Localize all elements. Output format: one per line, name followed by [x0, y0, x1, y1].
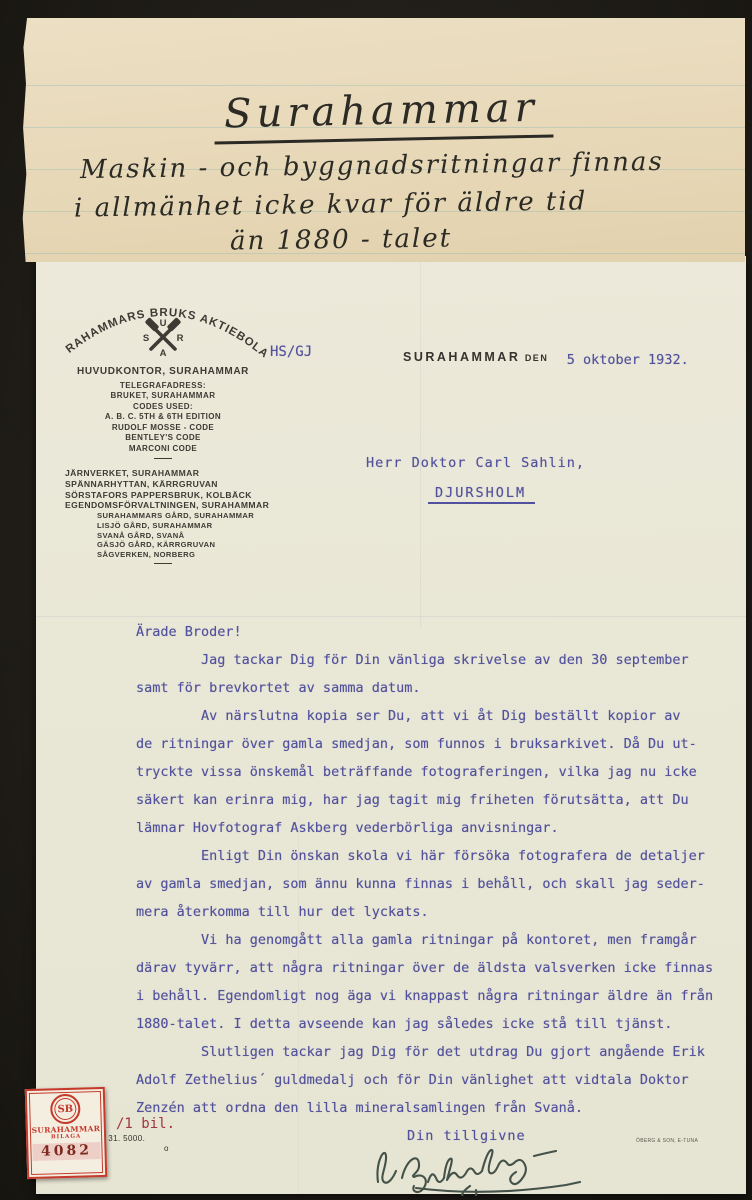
note-handwritten-line: i allmänhet icke kvar för äldre tid	[74, 186, 588, 223]
estate-line: SURAHAMMARS GÅRD, SURAHAMMAR	[97, 511, 254, 521]
estates-list: SURAHAMMARS GÅRD, SURAHAMMARLISJÖ GÅRD, …	[97, 511, 254, 560]
letter-body-line: Slutligen tackar jag Dig för det utdrag …	[136, 1038, 713, 1066]
division-line: JÄRNVERKET, SURAHAMMAR	[65, 468, 269, 479]
dateline: SURAHAMMAR DEN 5 oktober 1932.	[403, 348, 689, 366]
estate-line: GÄSJÖ GÅRD, KÄRRGRUVAN	[97, 540, 254, 550]
letter-body-line: tryckte vissa önskemål beträffande fotog…	[136, 758, 713, 786]
note-handwritten-line: Maskin - och byggnadsritningar finnas	[80, 147, 664, 185]
recipient-name: Herr Doktor Carl Sahlin,	[366, 455, 585, 471]
letter-body-line: de ritningar över gamla smedjan, som fun…	[136, 730, 713, 758]
division-line: EGENDOMSFÖRVALTNINGEN, SURAHAMMAR	[65, 500, 269, 511]
letter-body-line: Adolf Zethelius´ guldmedalj och för Din …	[136, 1066, 713, 1094]
telegraph-label: TELEGRAFADRESS:	[54, 381, 272, 390]
letter-paper: SURAHAMMARS BRUKS AKTIEBOLAG U S R A HUV…	[36, 256, 746, 1194]
head-office-line: HUVUDKONTOR, SURAHAMMAR	[54, 366, 272, 377]
note-title-wrap: Surahammar	[22, 80, 746, 148]
code-line: MARCONI CODE	[54, 444, 272, 454]
note-title: Surahammar	[214, 84, 554, 144]
division-line: SPÄNNARHYTTAN, KÄRRGRUVAN	[65, 479, 269, 490]
letter-body-line: därav tyvärr, att några ritningar över d…	[136, 954, 713, 982]
small-o-mark: o	[164, 1144, 168, 1153]
divisions-list: JÄRNVERKET, SURAHAMMARSPÄNNARHYTTAN, KÄR…	[65, 468, 269, 511]
logo-letter-a: A	[160, 348, 167, 358]
stamp-inner-border	[29, 1091, 103, 1175]
printer-imprint: ÖBERG & SON, E-TUNA	[636, 1138, 698, 1144]
letter-body-line: i behåll. Egendomligt nog äga vi knappas…	[136, 982, 713, 1010]
letter-body-line: Ärade Broder!	[136, 618, 713, 646]
letter-body-line: Av närslutna kopia ser Du, att vi åt Dig…	[136, 702, 713, 730]
letter-body: Ärade Broder! Jag tackar Dig för Din vän…	[136, 618, 713, 1122]
letter-body-line: lämnar Hovfotograf Askberg vederbörliga …	[136, 814, 713, 842]
note-handwritten-line: än 1880 - talet	[230, 223, 452, 256]
divider-dash	[154, 563, 172, 564]
letter-body-line: mera återkomma till hur det lyckats.	[136, 898, 713, 926]
logo-letter-u: U	[160, 318, 167, 329]
head-office-block: HUVUDKONTOR, SURAHAMMAR TELEGRAFADRESS: …	[54, 366, 272, 400]
archive-note-paper: Surahammar Maskin - och byggnadsritninga…	[22, 18, 745, 262]
codes-block: CODES USED: A. B. C. 5TH & 6TH EDITIONRU…	[54, 402, 272, 454]
reference-initials: HS/GJ	[270, 344, 312, 360]
estate-line: SÅGVERKEN, NORBERG	[97, 550, 254, 560]
estate-line: SVANÅ GÅRD, SVANÅ	[97, 531, 254, 541]
letter-body-line: Vi ha genomgått alla gamla ritningar på …	[136, 926, 713, 954]
codes-label: CODES USED:	[54, 402, 272, 412]
estate-line: LISJÖ GÅRD, SURAHAMMAR	[97, 521, 254, 531]
paper-crease	[420, 256, 422, 628]
divider-dash	[154, 458, 172, 459]
logo-letter-s: S	[143, 333, 149, 344]
code-line: BENTLEY'S CODE	[54, 433, 272, 443]
letter-body-line: Jag tackar Dig för Din vänliga skrivelse…	[136, 646, 713, 674]
dateline-den: DEN	[525, 353, 549, 363]
code-line: A. B. C. 5TH & 6TH EDITION	[54, 412, 272, 422]
handwritten-signature	[366, 1138, 626, 1196]
bilaga-stamp: SB SURAHAMMAR BILAGA 4082	[25, 1087, 107, 1179]
letter-body-line: av gamla smedjan, som ännu kunna finnas …	[136, 870, 713, 898]
code-line: RUDOLF MOSSE - CODE	[54, 423, 272, 433]
codes-list: A. B. C. 5TH & 6TH EDITIONRUDOLF MOSSE -…	[54, 412, 272, 454]
letter-body-line: 1880-talet. I detta avseende kan jag sål…	[136, 1010, 713, 1038]
letter-body-line: Enligt Din önskan skola vi här försöka f…	[136, 842, 713, 870]
letter-body-line: Zenzén att ordna den lilla mineralsamlin…	[136, 1094, 713, 1122]
telegraph-address: BRUKET, SURAHAMMAR	[54, 391, 272, 400]
recipient-city: DJURSHOLM	[428, 485, 535, 504]
crossed-hammers-logo-icon: U S R A	[137, 314, 189, 358]
letter-body-line: samt för brevkortet av samma datum.	[136, 674, 713, 702]
enclosure-note: /1 bil.	[116, 1116, 175, 1132]
letter-body-line: säkert kan erinra mig, har jag tagit mig…	[136, 786, 713, 814]
scanned-letter-screenshot: Surahammar Maskin - och byggnadsritninga…	[0, 0, 752, 1200]
division-line: SÖRSTAFORS PAPPERSBRUK, KOLBÄCK	[65, 490, 269, 501]
logo-letter-r: R	[177, 333, 184, 344]
dateline-date: 5 oktober 1932.	[567, 352, 689, 368]
dateline-place: SURAHAMMAR	[403, 350, 520, 364]
